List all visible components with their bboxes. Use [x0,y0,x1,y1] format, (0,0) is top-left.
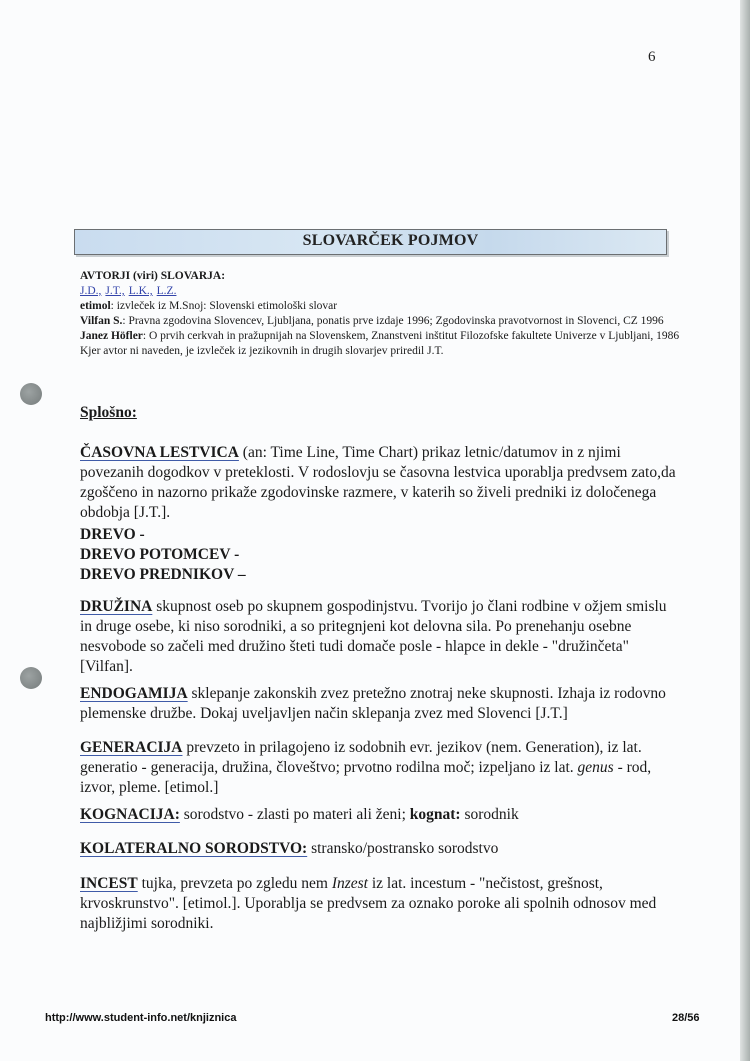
authors-heading: AVTORJI (viri) SLOVARJA: [80,269,680,284]
entry-druzina: DRUŽINA skupnost oseb po skupnem gospodi… [80,597,680,677]
source-etimol: etimol: izvleček iz M.Snoj: Slovenski et… [80,299,680,314]
source-vilfan: Vilfan S.: Pravna zgodovina Slovencev, L… [80,314,680,329]
term-casovna-lestvica: ČASOVNA LESTVICA [80,444,239,461]
term-drevo: DREVO - [80,525,680,545]
term-endogamija: ENDOGAMIJA [80,685,188,702]
term-kognacija: KOGNACIJA: [80,806,180,823]
term-generacija: GENERACIJA [80,739,182,756]
author-link-jt[interactable]: J.T., [105,285,124,297]
entry-endogamija: ENDOGAMIJA sklepanje zakonskih zvez pret… [80,684,680,724]
author-link-lz[interactable]: L.Z. [157,285,177,297]
glossary-title: SLOVARČEK POJMOV [75,232,666,250]
entry-kognacija: KOGNACIJA: sorodstvo - zlasti po materi … [80,805,680,825]
glossary-title-box: SLOVARČEK POJMOV [74,229,667,255]
footer-url: http://www.student-info.net/knjiznica [45,1012,236,1024]
section-heading: Splošno: [80,403,680,423]
author-links: J.D.,J.T.,L.K.,L.Z. [80,284,680,299]
author-link-jd[interactable]: J.D., [80,285,101,297]
entry-incest: INCEST tujka, prevzeta po zgledu nem Inz… [80,874,680,934]
entry-generacija: GENERACIJA prevzeto in prilagojeno iz so… [80,738,680,798]
authors-note: Kjer avtor ni naveden, je izvleček iz je… [80,344,680,359]
term-drevo-potomcev: DREVO POTOMCEV - [80,545,680,565]
author-link-lk[interactable]: L.K., [129,285,153,297]
term-kolateralno-sorodstvo: KOLATERALNO SORODSTVO: [80,840,307,857]
punch-hole-top [20,383,42,405]
entry-drevo-group: DREVO - DREVO POTOMCEV - DREVO PREDNIKOV… [80,525,680,585]
footer-page-count: 28/56 [672,1012,700,1024]
scan-edge-shadow [740,0,750,1061]
term-druzina: DRUŽINA [80,598,152,615]
term-incest: INCEST [80,875,138,892]
entry-kolateralno-sorodstvo: KOLATERALNO SORODSTVO: stransko/postrans… [80,839,680,859]
entry-casovna-lestvica: ČASOVNA LESTVICA (an: Time Line, Time Ch… [80,443,680,523]
page-number: 6 [648,49,656,66]
source-hofler: Janez Höfler: O prvih cerkvah in pražupn… [80,329,680,344]
term-drevo-prednikov: DREVO PREDNIKOV – [80,565,680,585]
authors-block: AVTORJI (viri) SLOVARJA: J.D.,J.T.,L.K.,… [80,269,680,359]
punch-hole-bottom [20,667,42,689]
